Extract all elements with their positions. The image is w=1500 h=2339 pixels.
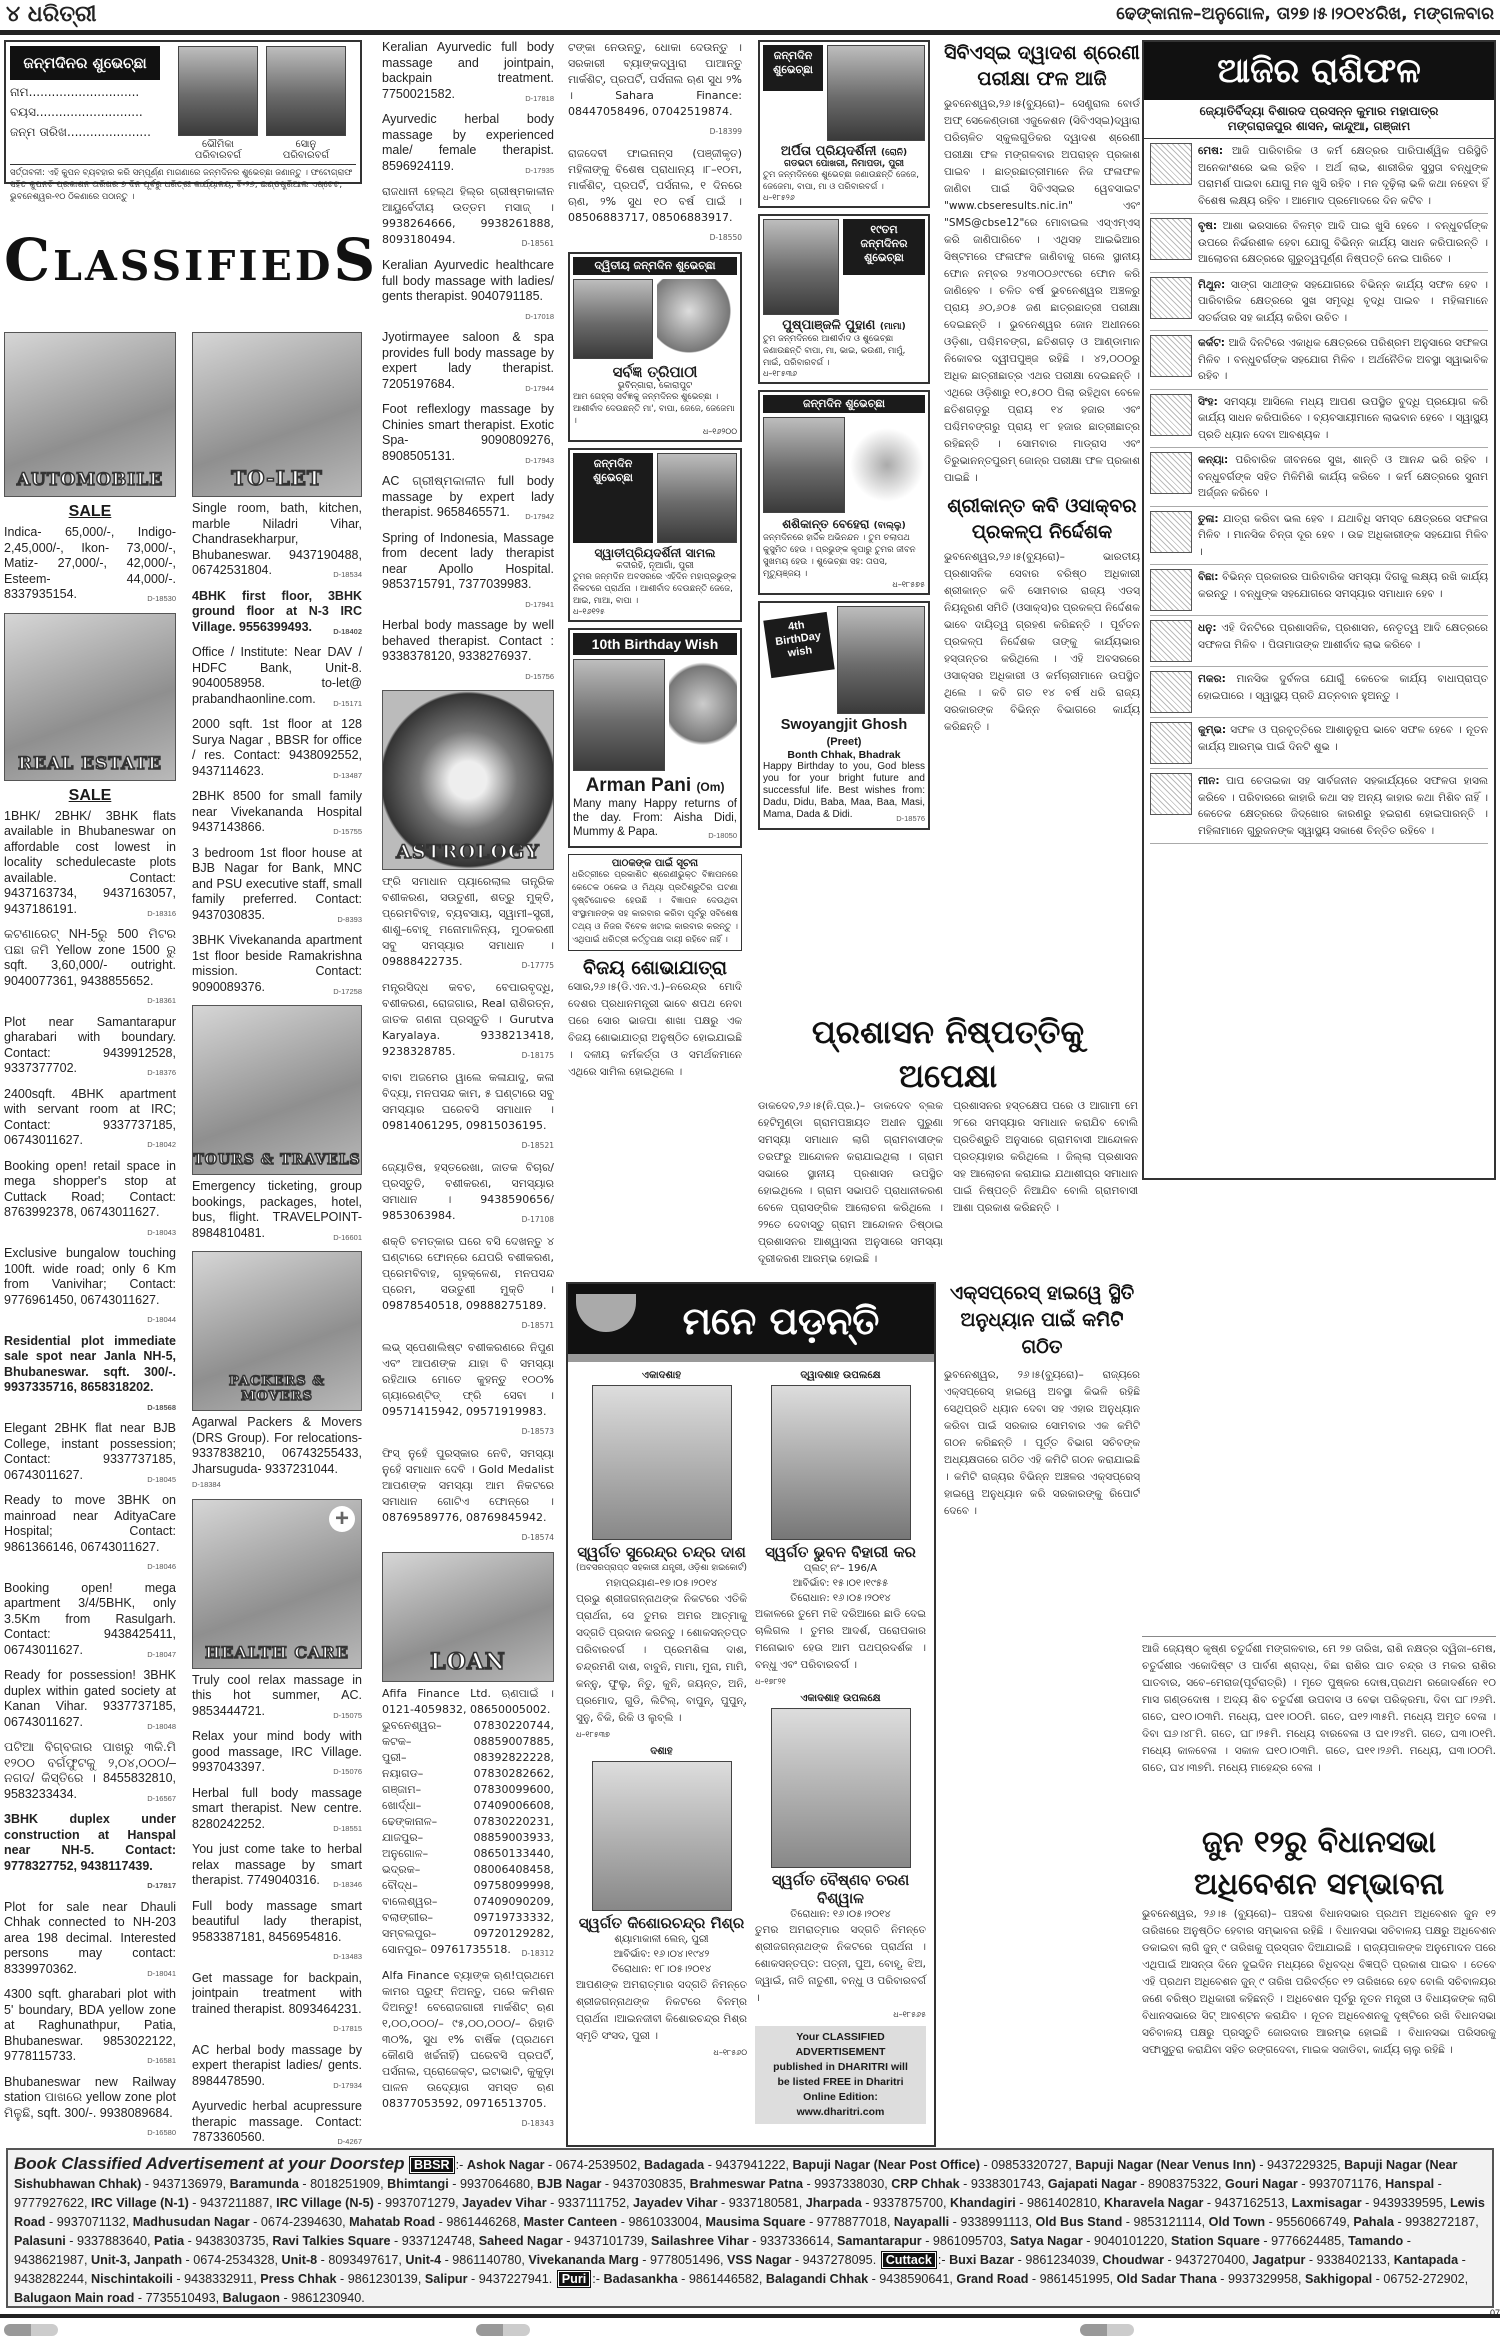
auto-ad[interactable]: Indica- 65,000/-, Indigo- 2,45,000/-, Ik… [4, 525, 176, 607]
astrology-label: ASTROLOGY [383, 841, 553, 863]
pushpanjali-birthday-card: ୧୯ତମ ଜନ୍ମଦିନର ଶୁଭେଚ୍ଛା ପୁଷ୍ପାଞ୍ଜଳି ପୁହାଣ… [758, 214, 930, 384]
memorial-card: ଦଶାହ ସ୍ୱର୍ଗତ କିଶୋରଚନ୍ଦ୍ର ମିଶ୍ର ଶ୍ୟାମାକାଳ… [576, 1746, 747, 2060]
masthead: ୪ ଧରିତ୍ରୀ ଢେଙ୍କାନାଳ–ଅନୁଗୋଳ, ତା୨୭।୫।୨୦୧୪ର… [0, 0, 1500, 34]
classified-ad[interactable]: Ayurvedic herbal body massage by experie… [382, 112, 554, 178]
booking-point[interactable]: Balugaon Main road - 7735510493 [14, 2291, 216, 2305]
dob-field[interactable]: ଜନ୍ମ ତାରିଖ...................... [10, 125, 160, 140]
booking-point[interactable]: Unit-4 - 9861140780 [405, 2253, 521, 2267]
news-body: ପ୍ରଶାସନର ହସ୍ତକ୍ଷେପ ପରେ ଓ ଆଗାମୀ ମେ ୨୮ରେ ସ… [953, 1098, 1138, 1268]
booking-point[interactable]: Bapuji Nagar (Near Post Office) - 098533… [792, 2158, 1068, 2172]
classified-ad[interactable]: 2000 sqft. 1st floor at 128 Surya Nagar … [192, 717, 362, 783]
child-from: ପରିବାରବର୍ଗ [178, 150, 258, 161]
plus-icon: + [329, 1506, 355, 1532]
branch-row: ବାଲେଶ୍ୱର–07409090209, [382, 1894, 554, 1910]
booking-point[interactable]: Baramunda - 8018251909 [230, 2177, 381, 2191]
news-prashasan: ପ୍ରଶାସନ ନିଷ୍ପତ୍ତିକୁ ଅପେକ୍ଷା ଡାକଦେବ,୨୬।୫(… [758, 1010, 1138, 1280]
column-wishes-b: ଜନ୍ମଦିନ ଶୁଭେଚ୍ଛା ଅର୍ପିତା ପ୍ରିୟଦର୍ଶିନୀ (ର… [758, 40, 930, 1000]
classified-ad[interactable]: ରାଜଧାନୀ ହେଲ୍‌ଥ ହିଲ୍‌ର ଗ୍ରୀଷ୍ମକାଳୀନ ଆୟୁର୍… [382, 184, 554, 252]
tours-image: TOURS & TRAVELS [192, 1005, 362, 1175]
zodiac-icon [1150, 452, 1192, 494]
branch-row: ଯାଜପୁର–08859003933, [382, 1830, 554, 1846]
booking-point[interactable]: Station Square - 9776624485 [1171, 2234, 1341, 2248]
branch-row: ବୌଦ୍ଧ–09758099998, [382, 1878, 554, 1894]
city-badge: BBSR [410, 2157, 454, 2173]
rashi-entry: କର୍କଟ: ଆଜି ଦିନଟିରେ ଏକାଧିକ କ୍ଷେତ୍ରରେ ପରିଶ… [1150, 331, 1488, 390]
registration-mark [4, 2324, 58, 2336]
classified-ad[interactable]: Plot for sale near Dhauli Chhak connecte… [4, 1900, 176, 1982]
booking-point[interactable]: Pahala - 9938272187 [1353, 2215, 1475, 2229]
child-name: ସୋନୁ [266, 139, 346, 150]
news-headline: ବିଜୟ ଶୋଭାଯାତ୍ରା [568, 957, 742, 979]
booking-point[interactable]: Samantarapur - 9861095703 [837, 2234, 1003, 2248]
booking-point[interactable]: Saheed Nagar - 9437101739 [479, 2234, 644, 2248]
classified-ad[interactable]: Spring of Indonesia, Massage from decent… [382, 531, 554, 613]
classified-ad[interactable]: Foot reflexlogy massage by Chinies smart… [382, 402, 554, 468]
tours-ad[interactable]: Emergency ticketing, group bookings, pac… [192, 1179, 362, 1245]
booking-point[interactable]: Ravi Talkies Square - 9337124748 [272, 2234, 471, 2248]
booking-point[interactable]: Nayapalli - 9338991113 [894, 2215, 1029, 2229]
birthday-coupon: ଜନ୍ମଦିନର ଶୁଭେଚ୍ଛା ନାମ...................… [4, 40, 362, 184]
obituary-section: ମନେ ପଡ଼ନ୍ତି ଏକାଦଶାହ ସ୍ୱର୍ଗତ ସୁରେନ୍ଦ୍ର ଚନ… [566, 1282, 936, 2147]
booking-point[interactable]: Old Sadar Thana - 9937329958 [1117, 2272, 1298, 2286]
branch-row: କଟକ–08859007885, [382, 1734, 554, 1750]
booking-point[interactable]: Patia - 9438303735 [154, 2234, 265, 2248]
zodiac-icon [1150, 335, 1192, 377]
news-expressway: ଏକ୍ସପ୍ରେସ୍ ହାଇୱେ ସ୍ଥିତି ଅନୁଧ୍ୟାନ ପାଇଁ କମ… [944, 1280, 1140, 2145]
booking-point[interactable]: CRP Chhak - 9338301743 [891, 2177, 1041, 2191]
news-headline: ଜୁନ ୧୨ରୁ ବିଧାନସଭା ଅଧିବେଶନ ସମ୍ଭାବନା [1142, 1822, 1496, 1906]
classified-ad[interactable]: ଟଙ୍କା ନେଉନ୍ତୁ, ଧୋକା ଦେଉନ୍ତୁ । ସରକାରୀ ବ୍ୟ… [568, 40, 742, 140]
booking-point[interactable]: Gouri Nagar - 9937071176 [1225, 2177, 1378, 2191]
sale-heading: SALE [4, 787, 176, 805]
booking-point[interactable]: Jayadev Vihar - 9337180581 [633, 2196, 799, 2210]
zodiac-icon [1150, 722, 1192, 764]
branch-row: ଖୋର୍ଦ୍ଧା–07409006608, [382, 1798, 554, 1814]
booking-point[interactable]: Badagada - 9437941222 [644, 2158, 785, 2172]
booking-point[interactable]: Master Canteen - 9861033004 [523, 2215, 698, 2229]
booking-point[interactable]: Salipur - 9437227941 [425, 2272, 549, 2286]
classified-ad[interactable]: ଫିସ୍ ନୁହେଁ ପୁରସ୍କାର ନେବି, ସମସ୍ୟା ନୁହେଁ ସ… [382, 1446, 554, 1546]
zodiac-icon [1150, 511, 1192, 553]
booking-point[interactable]: Sakhigopal - 06752-272902 [1305, 2272, 1465, 2286]
branch-row: ସମ୍ବଲପୁର–09720129282, [382, 1926, 554, 1942]
classified-ad[interactable]: 4BHK first floor, 3BHK ground floor at N… [192, 589, 362, 640]
name-field[interactable]: ନାମ............................. [10, 85, 160, 100]
branch-row: ଢେଙ୍କାନାଳ–07830220231, [382, 1814, 554, 1830]
branch-row: ଭୁବନେଶ୍ୱର–07830220744, [382, 1718, 554, 1734]
balloons-icon [657, 279, 737, 359]
arpita-birthday-card: ଜନ୍ମଦିନ ଶୁଭେଚ୍ଛା ଅର୍ପିତା ପ୍ରିୟଦର୍ଶିନୀ (ର… [758, 40, 930, 208]
branch-row: ପୁରୀ–08392822228, [382, 1750, 554, 1766]
column-wishes-a: ଟଙ୍କା ନେଉନ୍ତୁ, ଧୋକା ଦେଉନ୍ତୁ । ସରକାରୀ ବ୍ୟ… [568, 40, 742, 1280]
classified-ad[interactable]: ଜ୍ୟୋତିଷ, ହସ୍ତରେଖା, ଜାତକ ବିଚାର/ ପ୍ରସ୍ତୁତି… [382, 1160, 554, 1228]
classified-ad[interactable]: Office / Institute: Near DAV / HDFC Bank… [192, 645, 362, 711]
booking-point[interactable]: Gajapati Nagar - 8908375322 [1048, 2177, 1218, 2191]
rashi-entry: ମେଷ: ଆଜି ପାରିବାରିକ ଓ କର୍ମ କ୍ଷେତ୍ରର ପାରିପ… [1150, 139, 1488, 214]
branch-row: ଗଞ୍ଜାମ–07830099600, [382, 1782, 554, 1798]
booking-point[interactable]: Old Town - 9556066749 [1209, 2215, 1347, 2229]
rashi-entry: ବୃଷ: ଆଶା ଭରସାରେ ବିଳମ୍ବ ଆଦି ପାଇ ଖୁସି ହେବେ… [1150, 214, 1488, 273]
booking-point[interactable]: BJB Nagar - 9437030835 [537, 2177, 683, 2191]
sale-heading: SALE [4, 503, 176, 521]
classified-ad[interactable]: 3BHK Vivekananda apartment 1st floor bes… [192, 933, 362, 999]
booking-point[interactable]: VSS Nagar - 9437278095 [727, 2253, 873, 2267]
child-card: ସୋନୁ ପରିବାରବର୍ଗ [266, 46, 346, 161]
classified-ad[interactable]: 2400sqft. 4BHK apartment with servant ro… [4, 1087, 176, 1153]
top-rule [0, 30, 1500, 35]
booking-point[interactable]: Ashok Nagar - 0674-2539502 [467, 2158, 637, 2172]
classified-ad[interactable]: କଟଣାରେଟ୍ NH-5ରୁ 500 ମିଟର ପଛା ଜମି Yellow … [4, 927, 176, 1009]
booking-point[interactable]: Old Bus Stand - 9853121114 [1036, 2215, 1202, 2229]
news-assembly: ଜୁନ ୧୨ରୁ ବିଧାନସଭା ଅଧିବେଶନ ସମ୍ଭାବନା ଭୁବନେ… [1142, 1822, 1496, 2142]
zodiac-icon [1150, 773, 1192, 815]
classified-ad[interactable]: Booking open! retail space in mega shopp… [4, 1159, 176, 1241]
packers-ad[interactable]: Agarwal Packers & Movers (DRS Group). Fo… [192, 1415, 362, 1493]
realestate-image: REAL ESTATE [4, 613, 176, 781]
fourth-birthday-card: 4thBirthDaywish Swoyangjit Ghosh (Preet)… [758, 601, 930, 830]
loan-ad[interactable]: Afifa Finance Ltd. ଋଣପାଇଁ । 0121-4059832… [382, 1686, 554, 1962]
news-headline: ଶ୍ରୀକାନ୍ତ କବି ଓସାକ୍ବର ପ୍ରକଳ୍ପ ନିର୍ଦ୍ଦେଶକ [944, 493, 1140, 545]
column-news: ସିବିଏସ୍‌ଇ ଦ୍ୱାଦଶ ଶ୍ରେଣୀ ପରୀକ୍ଷା ଫଳ ଆଜି ଭ… [944, 40, 1140, 960]
classified-ad[interactable]: AC herbal body massage by expert therapi… [192, 2043, 362, 2094]
booking-point[interactable]: IRC Village (N-1) - 9437211887 [91, 2196, 269, 2210]
horoscope-title: ଆଜିର ରାଶିଫଳ [1144, 42, 1494, 100]
child-name: ଭୌମିକା [178, 139, 258, 150]
rashi-entry: ମିଥୁନ: ସାଙ୍ଗ ସାଥୀଙ୍କ ସହଯୋଗରେ ବିଭିନ୍ନ କାର… [1150, 273, 1488, 332]
age-field[interactable]: ବୟସ............................ [10, 105, 160, 120]
news-body: ଡାକଦେବ,୨୬।୫(ନି.ପ୍ର.)– ଡାକଦେବ ବ୍ଲକ ହେଟିମୁ… [758, 1098, 943, 1268]
booking-point[interactable]: Sailashree Vihar - 9337336614 [651, 2234, 830, 2248]
packers-image: PACKERS & MOVERS [192, 1251, 362, 1411]
shashikanta-birthday-card: ଜନ୍ମଦିନ ଶୁଭେଚ୍ଛା ଶଶିକାନ୍ତ ବେହେରା (ବାଲ୍ଲୁ… [758, 390, 930, 595]
column-realestate: AUTOMOBILE SALE Indica- 65,000/-, Indigo… [4, 332, 176, 2144]
child-photo [178, 46, 258, 136]
booking-point[interactable]: Vivekananda Marg - 9778051496 [528, 2253, 720, 2267]
news-headline: ସିବିଏସ୍‌ଇ ଦ୍ୱାଦଶ ଶ୍ରେଣୀ ପରୀକ୍ଷା ଫଳ ଆଜି [944, 40, 1140, 92]
booking-point[interactable]: Madhusudan Nagar - 0674-2394630 [133, 2215, 342, 2229]
memorial-card: ଏକାଦଶାହ ଉପଲକ୍ଷେ ସ୍ୱର୍ଗତ ବୈଷ୍ଣବ ଚରଣ ବିଶ୍ୱ… [755, 1693, 926, 2022]
classified-ad[interactable]: ଲଭ୍ ସ୍ପେଶାଲିଷ୍ଟ ବଶୀକରଣରେ ନିପୁଣ ଏବଂ ଆପଣଙ୍… [382, 1340, 554, 1440]
classified-ad[interactable]: 3 bedroom 1st floor house at BJB Nagar f… [192, 846, 362, 928]
classified-ad[interactable]: Herbal body massage by well behaved ther… [382, 618, 554, 684]
booking-point[interactable]: Grand Road - 9861451995 [956, 2272, 1109, 2286]
column-tolet: TO-LET Single room, bath, kitchen, marbl… [192, 332, 362, 2144]
horoscope-section: ଆଜିର ରାଶିଫଳ ଜ୍ୟୋତିର୍ବିଦ୍ୟା ବିଶାରଦ ପ୍ରସନ୍… [1142, 40, 1496, 1180]
booking-point[interactable]: Mahatab Road - 9861446268 [349, 2215, 516, 2229]
child-from: ପରିବାରବର୍ଗ [266, 150, 346, 161]
classified-ad[interactable]: Plot near Samantarapur gharabari with bo… [4, 1015, 176, 1081]
booking-point[interactable]: Nischintakoili - 9438332911 [91, 2272, 253, 2286]
booking-point[interactable]: Press Chhak - 9861230139 [260, 2272, 418, 2286]
healthcare-image: + HEALTH CARE [192, 1499, 362, 1669]
classified-ad[interactable]: 4300 sqft. gharabari plot with 5' bounda… [4, 1987, 176, 2069]
booking-lead: Book Classified Advertisement at your Do… [14, 2154, 404, 2173]
reader-notice: ପାଠକଙ୍କ ପାଇଁ ସୂଚନା ଧରିତ୍ରୀରେ ପ୍ରକାଶିତ ଶ୍… [568, 854, 742, 951]
zodiac-icon [1150, 277, 1192, 319]
loan-label: LOAN [383, 1649, 553, 1675]
automobile-label: AUTOMOBILE [5, 470, 175, 490]
rashi-entry: କୁମ୍ଭ: ସଫଳ ଓ ପ୍ରବୃତ୍ତିରେ ଆଶାନୁରୂପ ଭାବେ ସ… [1150, 718, 1488, 769]
booking-point[interactable]: Balagandi Chhak - 9438590641 [766, 2272, 949, 2286]
classified-ad[interactable]: 2BHK 8500 for small family near Vivekana… [192, 789, 362, 840]
classified-ad[interactable]: Ready for possession! 3BHK duplex within… [4, 1668, 176, 1734]
obituary-banner: ମନେ ପଡ଼ନ୍ତି [568, 1284, 934, 1362]
horoscope-location: ମଙ୍ଗରାଜପୁର ଶାସନ, କାନ୍ଦୁଆ, ଗଞ୍ଜାମ [1144, 119, 1494, 139]
booking-point[interactable]: Choudwar - 9437270400 [1102, 2253, 1245, 2267]
rashi-entry: ମକର: ମାନସିକ ଦୁର୍ବଳତା ଯୋଗୁଁ କେତେକ କାର୍ଯ୍ୟ… [1150, 667, 1488, 718]
memorial-card: ଏକାଦଶାହ ସ୍ୱର୍ଗତ ସୁରେନ୍ଦ୍ର ଚନ୍ଦ୍ର ଦାଶ (ଅବ… [576, 1370, 747, 1742]
city-badge: Cuttack [882, 2252, 936, 2268]
registration-mark [1080, 2324, 1134, 2336]
booking-point[interactable]: Khandagiri - 9861402810 [950, 2196, 1097, 2210]
classified-ad[interactable]: Keralian Ayurvedic healthcare full body … [382, 258, 554, 324]
classified-ad[interactable]: ପଟିଆ ବିଗ୍‌ବଜାର ପାଖରୁ ୩କି.ମି ୧୨୦୦ ବର୍ଗଫୁଟ… [4, 1740, 176, 1806]
zodiac-icon [1150, 620, 1192, 662]
loan-image: LOAN [382, 1552, 554, 1682]
rashi-entry: ସିଂହ: ସମସ୍ୟା ଆସିଲେ ମଧ୍ୟ ଆପଣ ଉପସ୍ଥିତ ବୁଦ୍… [1150, 390, 1488, 449]
booking-point[interactable]: Unit-3, Janpath - 0674-2534328 [91, 2253, 274, 2267]
classified-ad[interactable]: Residential plot immediate sale spot nea… [4, 1334, 176, 1416]
classified-ad[interactable]: ଫ୍ରି ସମାଧାନ ପ୍ୟାରେଲାଲ ତାନ୍ତ୍ରିକ ବଶୀକରଣ, … [382, 874, 554, 974]
panjika: ଆଜି ଜ୍ୟେଷ୍ଠ କୃଷ୍ଣ ଚତୁର୍ଦ୍ଦଶୀ ମଙ୍ଗଳବାର, ମ… [1142, 1636, 1496, 1816]
classified-ad[interactable]: 1BHK/ 2BHK/ 3BHK flats available in Bhub… [4, 809, 176, 922]
rashi-entry: ତୁଳା: ଯାତ୍ରା କରିବା ଭଲ ହେବ । ଯଥାବିଧି ସମସ୍… [1150, 507, 1488, 566]
booking-point[interactable]: Jagatpur - 9338402133 [1252, 2253, 1386, 2267]
branch-row: ନୟାଗଡ–07830282662, [382, 1766, 554, 1782]
dateline: ଢେଙ୍କାନାଳ–ଅନୁଗୋଳ, ତା୨୭।୫।୨୦୧୪ରିଖ, ମଙ୍ଗଳବ… [1116, 4, 1494, 24]
online-edition-box: Your CLASSIFIEDADVERTISEMENTpublished in… [755, 2026, 926, 2124]
tolet-image: TO-LET [192, 332, 362, 497]
bottom-rule [0, 2314, 1500, 2318]
classified-ad[interactable]: Get massage for backpain, jointpain trea… [192, 1971, 362, 2037]
booking-point[interactable]: Jharpada - 9337875700 [806, 2196, 943, 2210]
classified-ad[interactable]: Truly cool relax massage in this hot sum… [192, 1673, 362, 1724]
booking-point[interactable]: Jayadev Vihar - 9337111752 [462, 2196, 626, 2210]
classified-ad[interactable]: Exclusive bungalow touching 100ft. wide … [4, 1246, 176, 1328]
zodiac-icon [1150, 671, 1192, 713]
zodiac-icon [1150, 569, 1192, 611]
branch-row: ଭଦ୍ରକ–08006408458, [382, 1862, 554, 1878]
news-body: ଭୁବନେଶ୍ୱର,୨୬।୫(ବ୍ୟୁରୋ)– ଭାରତୀୟ ପ୍ରଶାସନିକ… [944, 549, 1140, 736]
booking-point[interactable]: Kharavela Nagar - 9437162513 [1104, 2196, 1285, 2210]
rashi-entry: ଧନୁ: ଏହି ଦିନଟିରେ ପ୍ରଶାସନିକ, ପ୍ରଶାସନ, ନେତ… [1150, 616, 1488, 667]
booking-point[interactable]: Badasankha - 9861446582 [603, 2272, 758, 2286]
page-number: 07 [1490, 2308, 1500, 2318]
classified-ad[interactable]: Booking open! mega apartment 3/4/5BHK, o… [4, 1581, 176, 1663]
classified-ad[interactable]: ଶକ୍ତି ଚମତ୍କାର ଘରେ ବସି ଦେଖନ୍ତୁ ୪ ଘଣ୍ଟାରେ … [382, 1234, 554, 1334]
booking-point[interactable]: Laxmisagar - 9439339595 [1292, 2196, 1443, 2210]
doorstep-booking-box: Book Classified Advertisement at your Do… [6, 2148, 1494, 2308]
classified-ad[interactable]: Full body massage smart beautiful lady t… [192, 1899, 362, 1965]
branch-row: ବଲାଙ୍ଗୀର–09719733332, [382, 1910, 554, 1926]
news-body: ଭୁବନେଶ୍ୱର, ୨୬।୫ (ବ୍ୟୁରୋ)– ପଞ୍ଚଦଶ ବିଧାନସଭ… [1142, 1906, 1496, 2059]
swati-birthday-card: ଜନ୍ମଦିନ ଶୁଭେଚ୍ଛା ସ୍ୱାତୀପ୍ରିୟଦର୍ଶିନୀ ସାମଲ… [568, 448, 742, 622]
booking-point[interactable]: Brahmeswar Patna - 9937338030 [690, 2177, 885, 2191]
rashi-entry: ବିଛା: ବିଭିନ୍ନ ପ୍ରକାରର ପାରିବାରିକ ସମସ୍ୟା ଦ… [1150, 565, 1488, 616]
zodiac-icon [1150, 218, 1192, 260]
city-badge: Puri [558, 2271, 591, 2287]
classified-ad[interactable]: ରାଜଦେବୀ ଫାଇନାନ୍ସ (ପଞ୍ଜୀକୃତ) ମହିଳାଙ୍କୁ ବି… [568, 146, 742, 246]
coupon-title: ଜନ୍ମଦିନର ଶୁଭେଚ୍ଛା [10, 46, 160, 80]
classified-ad[interactable]: Ayurvedic herbal acupressure therapic ma… [192, 2099, 362, 2144]
booking-point[interactable]: Mausima Square - 9778877018 [705, 2215, 886, 2229]
astrology-image: ASTROLOGY [382, 690, 554, 870]
rashi-entry: କନ୍ୟା: ପରିବାରିକ ଜୀବନରେ ସୁଖ, ଶାନ୍ତି ଓ ଆନନ… [1150, 448, 1488, 507]
booking-point[interactable]: Buxi Bazar - 9861234039 [949, 2253, 1095, 2267]
booking-point[interactable]: Balugaon - 9861230940 [223, 2291, 362, 2305]
loan-ad-2[interactable]: Alfa Finance ବ୍ୟାଙ୍କ ଋଣ!ପ୍ରଥମେ କାମର ପ୍ରୁ… [382, 1968, 554, 2132]
flowers-icon [849, 417, 925, 513]
classified-ad[interactable]: ବାବା ଅଜମେର ୱାଲେ କଳାଯାଦୁ, କଳା ବିଦ୍ୟା, ମନପ… [382, 1070, 554, 1154]
automobile-image: AUTOMOBILE [4, 332, 176, 497]
booking-point[interactable]: Palasuni - 9337883640 [14, 2234, 147, 2248]
column-massage-astro-loan: Keralian Ayurvedic full body massage and… [382, 40, 554, 2140]
news-headline: ପ୍ରଶାସନ ନିଷ୍ପତ୍ତିକୁ ଅପେକ୍ଷା [758, 1010, 1138, 1098]
branch-row: ଅନୁଗୋଳ–08650133440, [382, 1846, 554, 1862]
booking-point[interactable]: Satya Nagar - 9040101220 [1010, 2234, 1164, 2248]
healthcare-label: HEALTH CARE [193, 1643, 361, 1662]
memorial-card: ଦ୍ୱାଦଶାହ ଉପଲକ୍ଷେ ସ୍ୱର୍ଗତ ଭୁବନ ବିହାରୀ କର … [755, 1370, 926, 1689]
news-body: ଭୁବନେଶ୍ୱର, ୨୬।୫(ବ୍ୟୁରୋ)– ରାଜ୍ୟରେ ଏକ୍ସପ୍ର… [944, 1367, 1140, 1520]
classified-ad[interactable]: Bhubaneswar new Railway station ପାଖରେ ye… [4, 2075, 176, 2141]
classified-ad[interactable]: Keralian Ayurvedic full body massage and… [382, 40, 554, 106]
registration-mark [476, 2324, 530, 2336]
zodiac-icon [1150, 143, 1192, 185]
news-headline: ଏକ୍ସପ୍ରେସ୍ ହାଇୱେ ସ୍ଥିତି ଅନୁଧ୍ୟାନ ପାଇଁ କମ… [944, 1280, 1140, 1361]
news-body: ସୋର,୨୬।୫(ଡି.ଏନ.ଏ.)–ନରେନ୍ଦ୍ର ମୋଦି ଦେଶର ପ୍… [568, 979, 742, 1081]
booking-point[interactable]: IRC Village (N-5) - 9937071279 [276, 2196, 455, 2210]
tenth-birthday-card: 10th Birthday Wish Arman Pani (Om) Many … [568, 628, 742, 848]
classified-ad[interactable]: ମନ୍ତ୍ରସିଦ୍ଧ କବଚ, ବେପାରବୃଦ୍ଧି, ବଶୀକରଣ, ରୋ… [382, 980, 554, 1064]
classified-ad[interactable]: You just come take to herbal relax massa… [192, 1842, 362, 1893]
classified-ad[interactable]: Relax your mind body with good massage, … [192, 1729, 362, 1780]
website-link[interactable]: www.dharitri.com [759, 2105, 922, 2120]
tours-label: TOURS & TRAVELS [193, 1152, 361, 1168]
tolet-label: TO-LET [193, 466, 361, 490]
child-card: ଭୌମିକା ପରିବାରବର୍ଗ [178, 46, 258, 161]
classified-logo: ClassifiedS [4, 190, 362, 330]
zodiac-icon [1150, 394, 1192, 436]
booking-point[interactable]: Unit-8 - 8093497617 [281, 2253, 398, 2267]
classified-ad[interactable]: Elegant 2BHK flat near BJB College, inst… [4, 1421, 176, 1487]
horoscope-author: ଜ୍ୟୋତିର୍ବିଦ୍ୟା ବିଶାରଦ ପ୍ରସନ୍ନ କୁମାର ମହାପ… [1144, 104, 1494, 119]
page-label: ୪ ଧରିତ୍ରୀ [6, 2, 97, 27]
rashi-entry: ମୀନ: ପାପ ଚେତାଇକା ସହ ସାର୍ବଜନୀନ ସହକାର୍ଯ୍ୟର… [1150, 769, 1488, 844]
classified-ad[interactable]: Ready to move 3BHK on mainroad near Adit… [4, 1493, 176, 1575]
news-body: ଭୁବନେଶ୍ୱର,୨୬।୫(ବ୍ୟୁରୋ)– ସେଣ୍ଟ୍ରାଲ ବୋର୍ଡ … [944, 96, 1140, 487]
classified-ad[interactable]: AC ଗ୍ରୀଷ୍ମକାଳୀନ full body massage by exp… [382, 474, 554, 525]
balloons-icon [669, 659, 737, 771]
classified-ad[interactable]: Jyotirmayee saloon & spa provides full b… [382, 330, 554, 396]
child-photo [266, 46, 346, 136]
classified-ad[interactable]: Herbal full body massage smart therapist… [192, 1786, 362, 1837]
packers-label: PACKERS & MOVERS [193, 1374, 361, 1404]
classified-ad[interactable]: Single room, bath, kitchen, marble Nilad… [192, 501, 362, 583]
second-birthday-card: ଦ୍ୱିତୀୟ ଜନ୍ମଦିନ ଶୁଭେଚ୍ଛା ସର୍ବଜ୍ଞ ତ୍ରିପାଠ… [568, 252, 742, 442]
classified-ad[interactable]: 3BHK duplex under construction at Hanspa… [4, 1812, 176, 1894]
booking-point[interactable]: Bapuji Nagar (Near Venus Inn) - 94372293… [1075, 2158, 1337, 2172]
booking-point[interactable]: Bhimtangi - 9937064680 [387, 2177, 530, 2191]
realestate-label: REAL ESTATE [5, 754, 175, 774]
